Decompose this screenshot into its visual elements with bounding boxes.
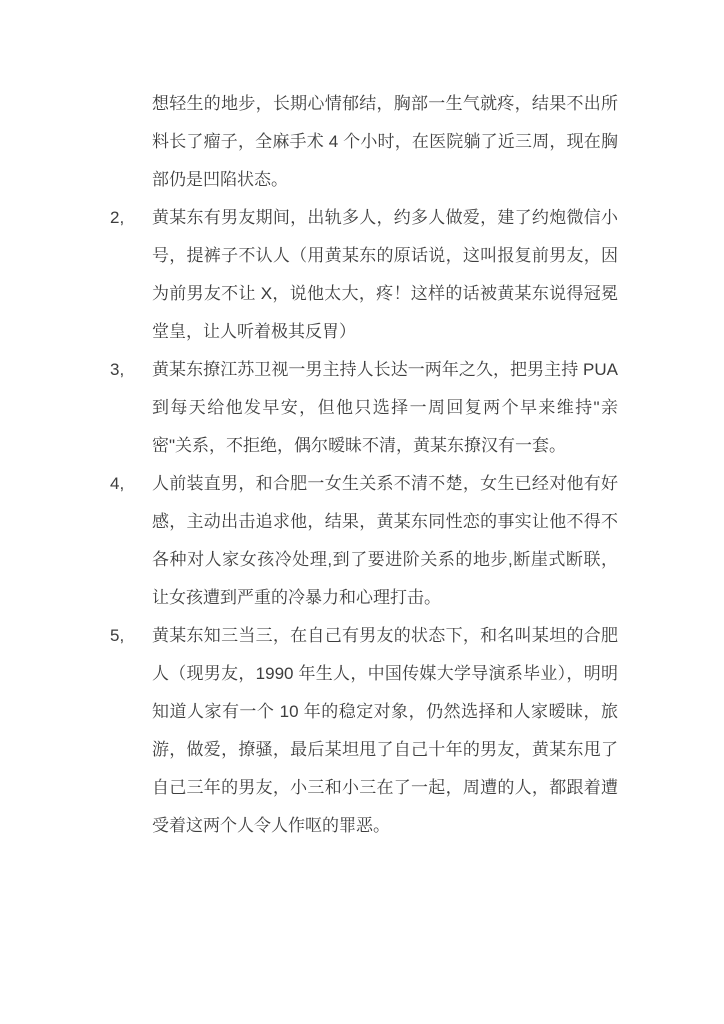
list-item-4-text: 人前装直男，和合肥一女生关系不清不楚，女生已经对他有好感，主动出击追求他，结果，… [152, 465, 618, 617]
list-number-4: 4, [110, 465, 152, 617]
list-item-5: 5, 黄某东知三当三，在自己有男友的状态下，和名叫某坦的合肥人（现男友，1990… [110, 617, 618, 845]
list-item-3-text: 黄某东撩江苏卫视一男主持人长达一两年之久，把男主持 PUA 到每天给他发早安，但… [152, 351, 618, 465]
list-number-2: 2, [110, 199, 152, 351]
list-number-5: 5, [110, 617, 152, 845]
list-item-5-text: 黄某东知三当三，在自己有男友的状态下，和名叫某坦的合肥人（现男友，1990 年生… [152, 617, 618, 845]
list-item-4: 4, 人前装直男，和合肥一女生关系不清不楚，女生已经对他有好感，主动出击追求他，… [110, 465, 618, 617]
list-item-3: 3, 黄某东撩江苏卫视一男主持人长达一两年之久，把男主持 PUA 到每天给他发早… [110, 351, 618, 465]
document-body: 想轻生的地步，长期心情郁结，胸部一生气就疼，结果不出所料长了瘤子，全麻手术 4 … [110, 85, 618, 845]
list-item-2-text: 黄某东有男友期间，出轨多人，约多人做爱，建了约炮微信小号，提裤子不认人（用黄某东… [152, 199, 618, 351]
paragraph-continuation: 想轻生的地步，长期心情郁结，胸部一生气就疼，结果不出所料长了瘤子，全麻手术 4 … [110, 85, 618, 199]
list-item-2: 2, 黄某东有男友期间，出轨多人，约多人做爱，建了约炮微信小号，提裤子不认人（用… [110, 199, 618, 351]
list-number-3: 3, [110, 351, 152, 465]
document-page: 想轻生的地步，长期心情郁结，胸部一生气就疼，结果不出所料长了瘤子，全麻手术 4 … [0, 0, 724, 1024]
paragraph-continuation-text: 想轻生的地步，长期心情郁结，胸部一生气就疼，结果不出所料长了瘤子，全麻手术 4 … [152, 85, 618, 199]
list-number-blank [110, 85, 152, 199]
